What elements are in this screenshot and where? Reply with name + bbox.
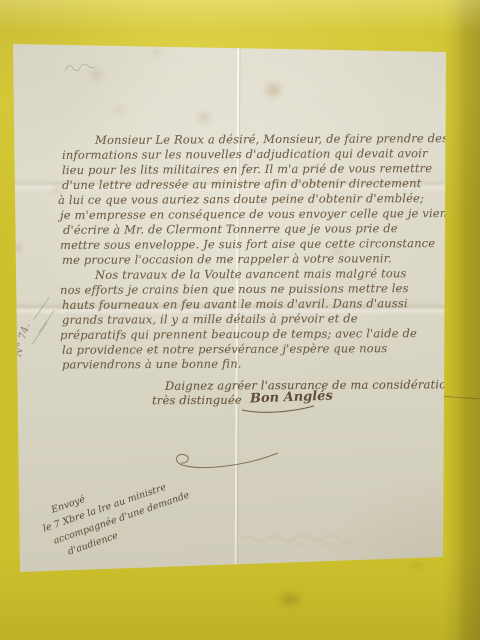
- letter-line: Nos travaux de la Voulte avancent mais m…: [95, 267, 406, 281]
- letter-line: lieu pour les lits militaires en fer. Il…: [62, 162, 432, 176]
- background-smudge: [408, 560, 426, 570]
- letter-line: informations sur les nouvelles d'adjudic…: [62, 147, 428, 161]
- letter-line: la providence et notre persévérance j'es…: [62, 342, 387, 356]
- letter-paper: N° 74. Monsieur Le Roux a désiré, Monsie…: [10, 40, 450, 574]
- foxing-stain: [150, 48, 163, 58]
- signature: Bon Anglés: [250, 389, 333, 407]
- letter-line: à lui ce que vous auriez sans doute pein…: [58, 192, 424, 206]
- foxing-stain: [112, 104, 125, 115]
- letter-line: Monsieur Le Roux a désiré, Monsieur, de …: [95, 132, 448, 146]
- background-smudge: [276, 590, 304, 608]
- letter-line: je m'empresse en conséquence de vous env…: [60, 207, 453, 221]
- ink-showthrough: [238, 529, 388, 554]
- letter-line: me procure l'occasion de me rappeler à v…: [62, 252, 392, 266]
- pencil-scribble: [60, 56, 102, 80]
- letter-line: d'écrire à Mr. de Clermont Tonnerre que …: [63, 222, 398, 236]
- letter-line: hauts fourneaux en feu avant le mois d'a…: [62, 297, 408, 311]
- letter-line: nos efforts je crains bien que nous ne p…: [60, 282, 409, 296]
- letter-line: mettre sous enveloppe. Je suis fort aise…: [60, 237, 435, 251]
- foxing-stain: [262, 80, 284, 100]
- foxing-stain: [195, 110, 212, 125]
- letter-line: préparatifs qui prennent beaucoup de tem…: [60, 327, 417, 341]
- letter-line: grands travaux, il y a mille détails à p…: [62, 312, 358, 326]
- letter-line: parviendrons à une bonne fin.: [62, 358, 242, 371]
- letter-line: d'une lettre adressée au ministre afin d…: [62, 177, 421, 191]
- closing-line: très distinguée: [152, 394, 242, 406]
